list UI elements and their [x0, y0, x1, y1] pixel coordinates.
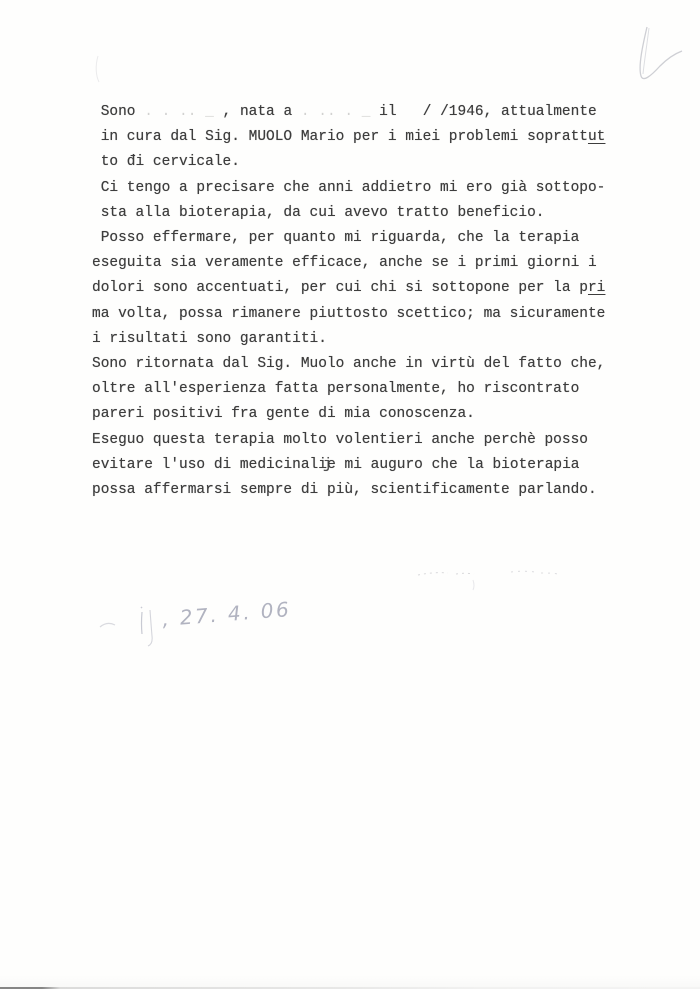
typed-segment: Ci tengo a precisare che anni addietro m…: [92, 180, 605, 196]
typed-line: to đi cervicale.: [92, 150, 605, 175]
typed-segment: evitare l'uso di medicinali: [92, 457, 327, 473]
typed-line: i risultati sono garantiti.: [92, 327, 605, 352]
handwritten-date-text: , 27. 4. 06: [161, 597, 292, 631]
typed-line: Eseguo questa terapia molto volentieri a…: [92, 428, 605, 453]
typed-line: eseguita sia veramente efficace, anche s…: [92, 251, 605, 276]
handwritten-date: , 27. 4. 06: [96, 594, 326, 654]
typed-segment: eseguita sia veramente efficace, anche s…: [92, 255, 597, 271]
typed-line: Ci tengo a precisare che anni addietro m…: [92, 176, 605, 201]
pen-loop-mark-icon: [634, 24, 689, 88]
typed-segment: Posso effermare, per quanto mi riguarda,…: [92, 230, 579, 246]
typed-line: ma volta, possa rimanere piuttosto scett…: [92, 302, 605, 327]
typed-segment: . . .. _: [144, 104, 214, 120]
typed-segment: sta alla bioterapia, da cui avevo tratto…: [92, 205, 544, 221]
typed-line: evitare l'uso di medicinalije mi auguro …: [92, 453, 605, 478]
typed-segment: Sono ritornata dal Sig. Muolo anche in v…: [92, 356, 605, 372]
typed-segment: possa affermarsi sempre di più, scientif…: [92, 482, 597, 498]
typed-text: Sono . . .. _ , nata a . .. . _ il / /19…: [92, 100, 605, 503]
typed-segment: , nata a: [214, 104, 301, 120]
typed-segment: ma volta, possa rimanere piuttosto scett…: [92, 306, 605, 322]
typed-segment: Eseguo questa terapia molto volentieri a…: [92, 432, 588, 448]
typed-segment: dolori sono accentuati, per cui chi si s…: [92, 280, 588, 296]
typed-line: possa affermarsi sempre di più, scientif…: [92, 478, 605, 503]
typed-segment: . .. . _: [301, 104, 371, 120]
typed-segment: in cura dal Sig. MUOLO Mario per i miei …: [92, 129, 588, 145]
typed-line: in cura dal Sig. MUOLO Mario per i miei …: [92, 125, 605, 150]
faint-pen-wisp-icon: [92, 54, 104, 84]
typed-line: dolori sono accentuati, per cui chi si s…: [92, 276, 605, 301]
typed-segment: ut: [588, 129, 605, 145]
typed-segment: i risultati sono garantiti.: [92, 331, 327, 347]
erased-place-mark: [96, 600, 160, 648]
typed-segment: pareri positivi fra gente di mia conosce…: [92, 406, 475, 422]
typed-segment: j: [323, 453, 332, 478]
typed-line: Sono . . .. _ , nata a . .. . _ il / /19…: [92, 100, 605, 125]
typed-segment: Sono: [92, 104, 144, 120]
typed-segment: to đi cervicale.: [92, 154, 240, 170]
typed-line: sta alla bioterapia, da cui avevo tratto…: [92, 201, 605, 226]
typed-line: oltre all'esperienza fatta personalmente…: [92, 377, 605, 402]
scanned-letter-page: Sono . . .. _ , nata a . .. . _ il / /19…: [0, 0, 700, 989]
typed-segment: il / /1946, attualmente: [370, 104, 596, 120]
typed-segment: oltre all'esperienza fatta personalmente…: [92, 381, 579, 397]
typed-segment: e mi auguro che la bioterapia: [327, 457, 579, 473]
typed-line: Sono ritornata dal Sig. Muolo anche in v…: [92, 352, 605, 377]
typed-line: Posso effermare, per quanto mi riguarda,…: [92, 226, 605, 251]
typed-line: pareri positivi fra gente di mia conosce…: [92, 402, 605, 427]
erased-signature-mark: [415, 562, 575, 592]
typed-segment: ri: [588, 280, 605, 296]
